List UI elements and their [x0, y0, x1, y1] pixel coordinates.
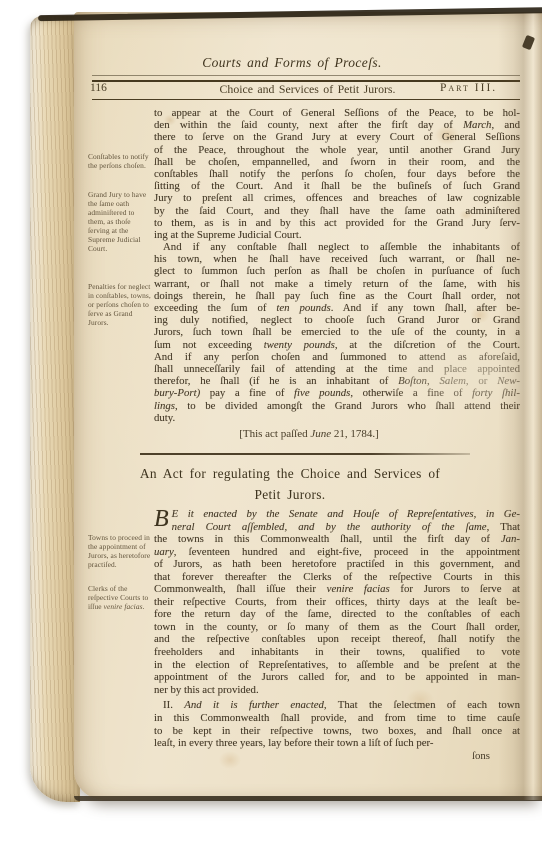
text-line: ing at the Supreme Judicial Court. [154, 229, 520, 241]
text-line: the towns in this Commonwealth ſhall, un… [154, 533, 520, 546]
margin-note: Towns to proceed in the appointment of J… [88, 533, 151, 569]
drop-cap: B [154, 509, 169, 530]
text-line: doings therein, he ſhall pay ſuch fine a… [154, 290, 520, 302]
act2-heading-line1: An Act for regulating the Choice and Ser… [118, 464, 462, 485]
text-line: Commonwealth, ſhall iſſue their venire f… [154, 583, 520, 596]
act2-paragraph-1: B E it enacted by the Senate and Houſe o… [154, 508, 520, 696]
page-stack-edge [30, 16, 80, 802]
margin-note: Penalties for neglect in conſtables, tow… [88, 282, 151, 327]
section-divider-rule [140, 453, 470, 455]
act2-paragraph-2: II. And it is further enacted, That the … [154, 699, 520, 750]
part-label: Part III. [440, 82, 518, 94]
text-line: ing duly notified, neglect to chooſe ſuc… [154, 314, 520, 326]
text-line: to them, as is in and by this act provid… [154, 217, 520, 229]
text-line: there to ſerve on the Grand Jury at ever… [154, 131, 520, 143]
text-line: II. And it is further enacted, That the … [154, 699, 520, 712]
margin-note: Grand Jury to have the ſame oath adminiſ… [88, 190, 151, 253]
text-line: ſitting of the Court. And it ſhall be th… [154, 180, 520, 192]
text-line: den within the ſaid county, next after t… [154, 119, 520, 131]
act-passed-line: [This act paſſed June 21, 1784.] [154, 428, 464, 440]
text-line: lings, to be divided amongſt the Grand J… [154, 400, 520, 412]
text-line: appointment of the Jurors called for, an… [154, 671, 520, 684]
act2-paragraph-1-lines: E it enacted by the Senate and Houſe of … [154, 508, 520, 696]
text-line: ſhall unneceſſarily fail of attending at… [154, 363, 520, 375]
text-line: to be kept in their reſpective towns, tw… [154, 725, 520, 738]
text-line: ſum not exceeding twenty pounds, at the … [154, 339, 520, 351]
catchword: ſons [154, 750, 490, 762]
text-line: that forever thereafter the Clerks of th… [154, 571, 520, 584]
text-line: by the ſaid Court, and they ſhall have t… [154, 205, 520, 217]
margin-note: Clerks of the reſpective Courts to iſſue… [88, 584, 151, 611]
text-line: warrant, or ſhall not make a timely retu… [154, 278, 520, 290]
text-line: town in the county, or ſo many of them a… [154, 621, 520, 634]
header-rule-bottom [92, 99, 520, 100]
text-line: Jury to preſent all crimes, offences and… [154, 192, 520, 204]
text-line: Jurors, ſuch town ſhall be emercied to t… [154, 326, 520, 338]
header-rule-top [92, 75, 520, 82]
text-line: fore the return day of the ſame, directe… [154, 608, 520, 621]
text-line: in the election of Repreſentatives, to a… [154, 659, 520, 672]
text-line: and the reſpective conſtables upon recei… [154, 633, 520, 646]
text-line: And if any conſtable ſhall neglect to aſ… [154, 241, 520, 253]
section-title: Choice and Services of Petit Jurors. [120, 82, 495, 97]
text-line: exceeding the ſum of ten pounds. And if … [154, 302, 520, 314]
text-line: their reſpective Courts, from their offi… [154, 596, 520, 609]
running-title: Courts and Forms of Proceſs. [92, 55, 492, 71]
act2-heading-line2: Petit Jurors. [118, 485, 462, 506]
act1-paragraph-1: to appear at the Court of General Seſſio… [154, 107, 520, 241]
margin-note: Conſtables to notify the perſons choſen. [88, 152, 151, 170]
text-line: neral Court aſſembled, and by the author… [154, 521, 520, 534]
text-line: of Jurors, as hath been heretofore pract… [154, 558, 520, 571]
text-line: his town, when he ſhall have received ſu… [154, 253, 520, 265]
text-line: glect to ſummon ſuch perſon as ſhall be … [154, 265, 520, 277]
text-line: E it enacted by the Senate and Houſe of … [154, 508, 520, 521]
act2-heading: An Act for regulating the Choice and Ser… [118, 464, 462, 505]
text-line: in this Commonwealth ſhall provide, and … [154, 712, 520, 725]
text-line: ſhall be choſen, empannelled, and ſworn … [154, 156, 520, 168]
book-photo: { "colors": { "paper": "#ece0c6", "ink":… [0, 0, 542, 858]
text-line: uary, ſeventeen hundred and eight-five, … [154, 546, 520, 559]
text-line: conſtables ſhall notify the perſons ſo c… [154, 168, 520, 180]
text-line: And if any perſon choſen and ſummoned to… [154, 351, 520, 363]
margin-notes: Conſtables to notify the perſons choſen.… [88, 0, 151, 800]
text-line: leaſt, in every three years, lay before … [154, 737, 520, 750]
text-line: therefor, he ſhall (if he is an inhabita… [154, 375, 520, 387]
text-line: duty. [154, 412, 520, 424]
text-line: freeholders and inhabitants in their tow… [154, 646, 520, 659]
text-line: of the Peace, throughout the whole year,… [154, 144, 520, 156]
text-line: bury-Port) pay a fine of five pounds, ot… [154, 387, 520, 399]
act1-paragraph-2: And if any conſtable ſhall neglect to aſ… [154, 241, 520, 424]
text-line: to appear at the Court of General Seſſio… [154, 107, 520, 119]
text-line: ner by this act provided. [154, 684, 520, 697]
